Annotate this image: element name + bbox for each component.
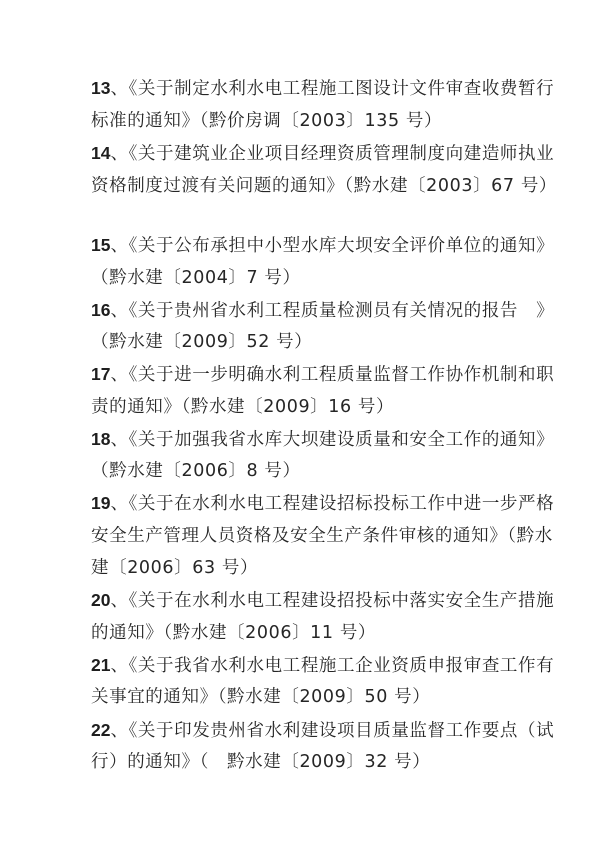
item-text: 标准的通知》（黔价房调〔2003〕135 号） (91, 111, 442, 131)
item-number: 16 (91, 300, 110, 320)
item-number: 17 (91, 364, 110, 384)
item-16-line-2: （黔水建〔2009〕52 号） (91, 327, 511, 357)
item-18-line-1: 18、《关于加强我省水库大坝建设质量和安全工作的通知》 (91, 424, 511, 454)
item-17-line-1: 17、《关于进一步明确水利工程质量监督工作协作机制和职 (91, 359, 511, 389)
item-18-line-2: （黔水建〔2006〕8 号） (91, 456, 511, 486)
item-text: 责的通知》（黔水建〔2009〕16 号） (91, 397, 394, 417)
item-text: 、《关于建筑业企业项目经理资质管理制度向建造师执业 (110, 144, 554, 164)
item-text: 建〔2006〕63 号） (91, 558, 258, 578)
item-15-line-1: 15、《关于公布承担中小型水库大坝安全评价单位的通知》 (91, 230, 511, 260)
item-text: 关事宜的通知》（黔水建〔2009〕50 号） (91, 687, 430, 707)
item-17-line-2: 责的通知》（黔水建〔2009〕16 号） (91, 392, 511, 422)
item-text: 、《关于公布承担中小型水库大坝安全评价单位的通知》 (110, 236, 554, 256)
item-16-line-1: 16、《关于贵州省水利工程质量检测员有关情况的报告 》 (91, 295, 511, 325)
item-number: 18 (91, 429, 110, 449)
item-text: 、《关于在水利水电工程建设招标投标工作中进一步严格 (110, 494, 554, 514)
item-text: 安全生产管理人员资格及安全生产条件审核的通知》（黔水 (91, 526, 553, 546)
item-text: （黔水建〔2006〕8 号） (91, 461, 301, 481)
item-14-line-2: 资格制度过渡有关问题的通知》（黔水建〔2003〕67 号） (91, 171, 511, 201)
item-number: 14 (91, 143, 110, 163)
item-21-line-1: 21、《关于我省水利水电工程施工企业资质申报审查工作有 (91, 650, 511, 680)
item-text: 、《关于制定水利水电工程施工图设计文件审查收费暂行 (110, 79, 554, 99)
item-text: 、《关于印发贵州省水利建设项目质量监督工作要点（试 (110, 721, 554, 741)
item-text: 行）的通知》（ 黔水建〔2009〕32 号） (91, 752, 430, 772)
item-text: 资格制度过渡有关问题的通知》（黔水建〔2003〕67 号） (91, 176, 557, 196)
item-19-line-1: 19、《关于在水利水电工程建设招标投标工作中进一步严格 (91, 488, 511, 518)
item-number: 15 (91, 235, 110, 255)
item-text: 、《关于贵州省水利工程质量检测员有关情况的报告 》 (110, 301, 554, 321)
item-text: 、《关于在水利水电工程建设招投标中落实安全生产措施 (110, 591, 554, 611)
item-number: 13 (91, 78, 110, 98)
item-19-line-2: 安全生产管理人员资格及安全生产条件审核的通知》（黔水 (91, 521, 511, 551)
item-number: 21 (91, 655, 110, 675)
item-22-line-1: 22、《关于印发贵州省水利建设项目质量监督工作要点（试 (91, 715, 511, 745)
item-number: 22 (91, 720, 110, 740)
item-20-line-1: 20、《关于在水利水电工程建设招投标中落实安全生产措施 (91, 585, 511, 615)
item-19-line-3: 建〔2006〕63 号） (91, 553, 511, 583)
item-text: 、《关于进一步明确水利工程质量监督工作协作机制和职 (110, 365, 554, 385)
item-20-line-2: 的通知》（黔水建〔2006〕11 号） (91, 618, 511, 648)
item-number: 19 (91, 493, 110, 513)
item-text: 的通知》（黔水建〔2006〕11 号） (91, 623, 376, 643)
item-text: （黔水建〔2009〕52 号） (91, 332, 312, 352)
item-15-line-2: （黔水建〔2004〕7 号） (91, 263, 511, 293)
document-page: 13、《关于制定水利水电工程施工图设计文件审查收费暂行 标准的通知》（黔价房调〔… (0, 0, 600, 848)
item-text: 、《关于加强我省水库大坝建设质量和安全工作的通知》 (110, 430, 554, 450)
item-number: 20 (91, 590, 110, 610)
item-13-line-1: 13、《关于制定水利水电工程施工图设计文件审查收费暂行 (91, 73, 511, 103)
item-text: （黔水建〔2004〕7 号） (91, 268, 301, 288)
item-13-line-2: 标准的通知》（黔价房调〔2003〕135 号） (91, 106, 511, 136)
item-text: 、《关于我省水利水电工程施工企业资质申报审查工作有 (110, 656, 554, 676)
item-21-line-2: 关事宜的通知》（黔水建〔2009〕50 号） (91, 682, 511, 712)
item-14-line-1: 14、《关于建筑业企业项目经理资质管理制度向建造师执业 (91, 138, 511, 168)
item-22-line-2: 行）的通知》（ 黔水建〔2009〕32 号） (91, 747, 511, 777)
